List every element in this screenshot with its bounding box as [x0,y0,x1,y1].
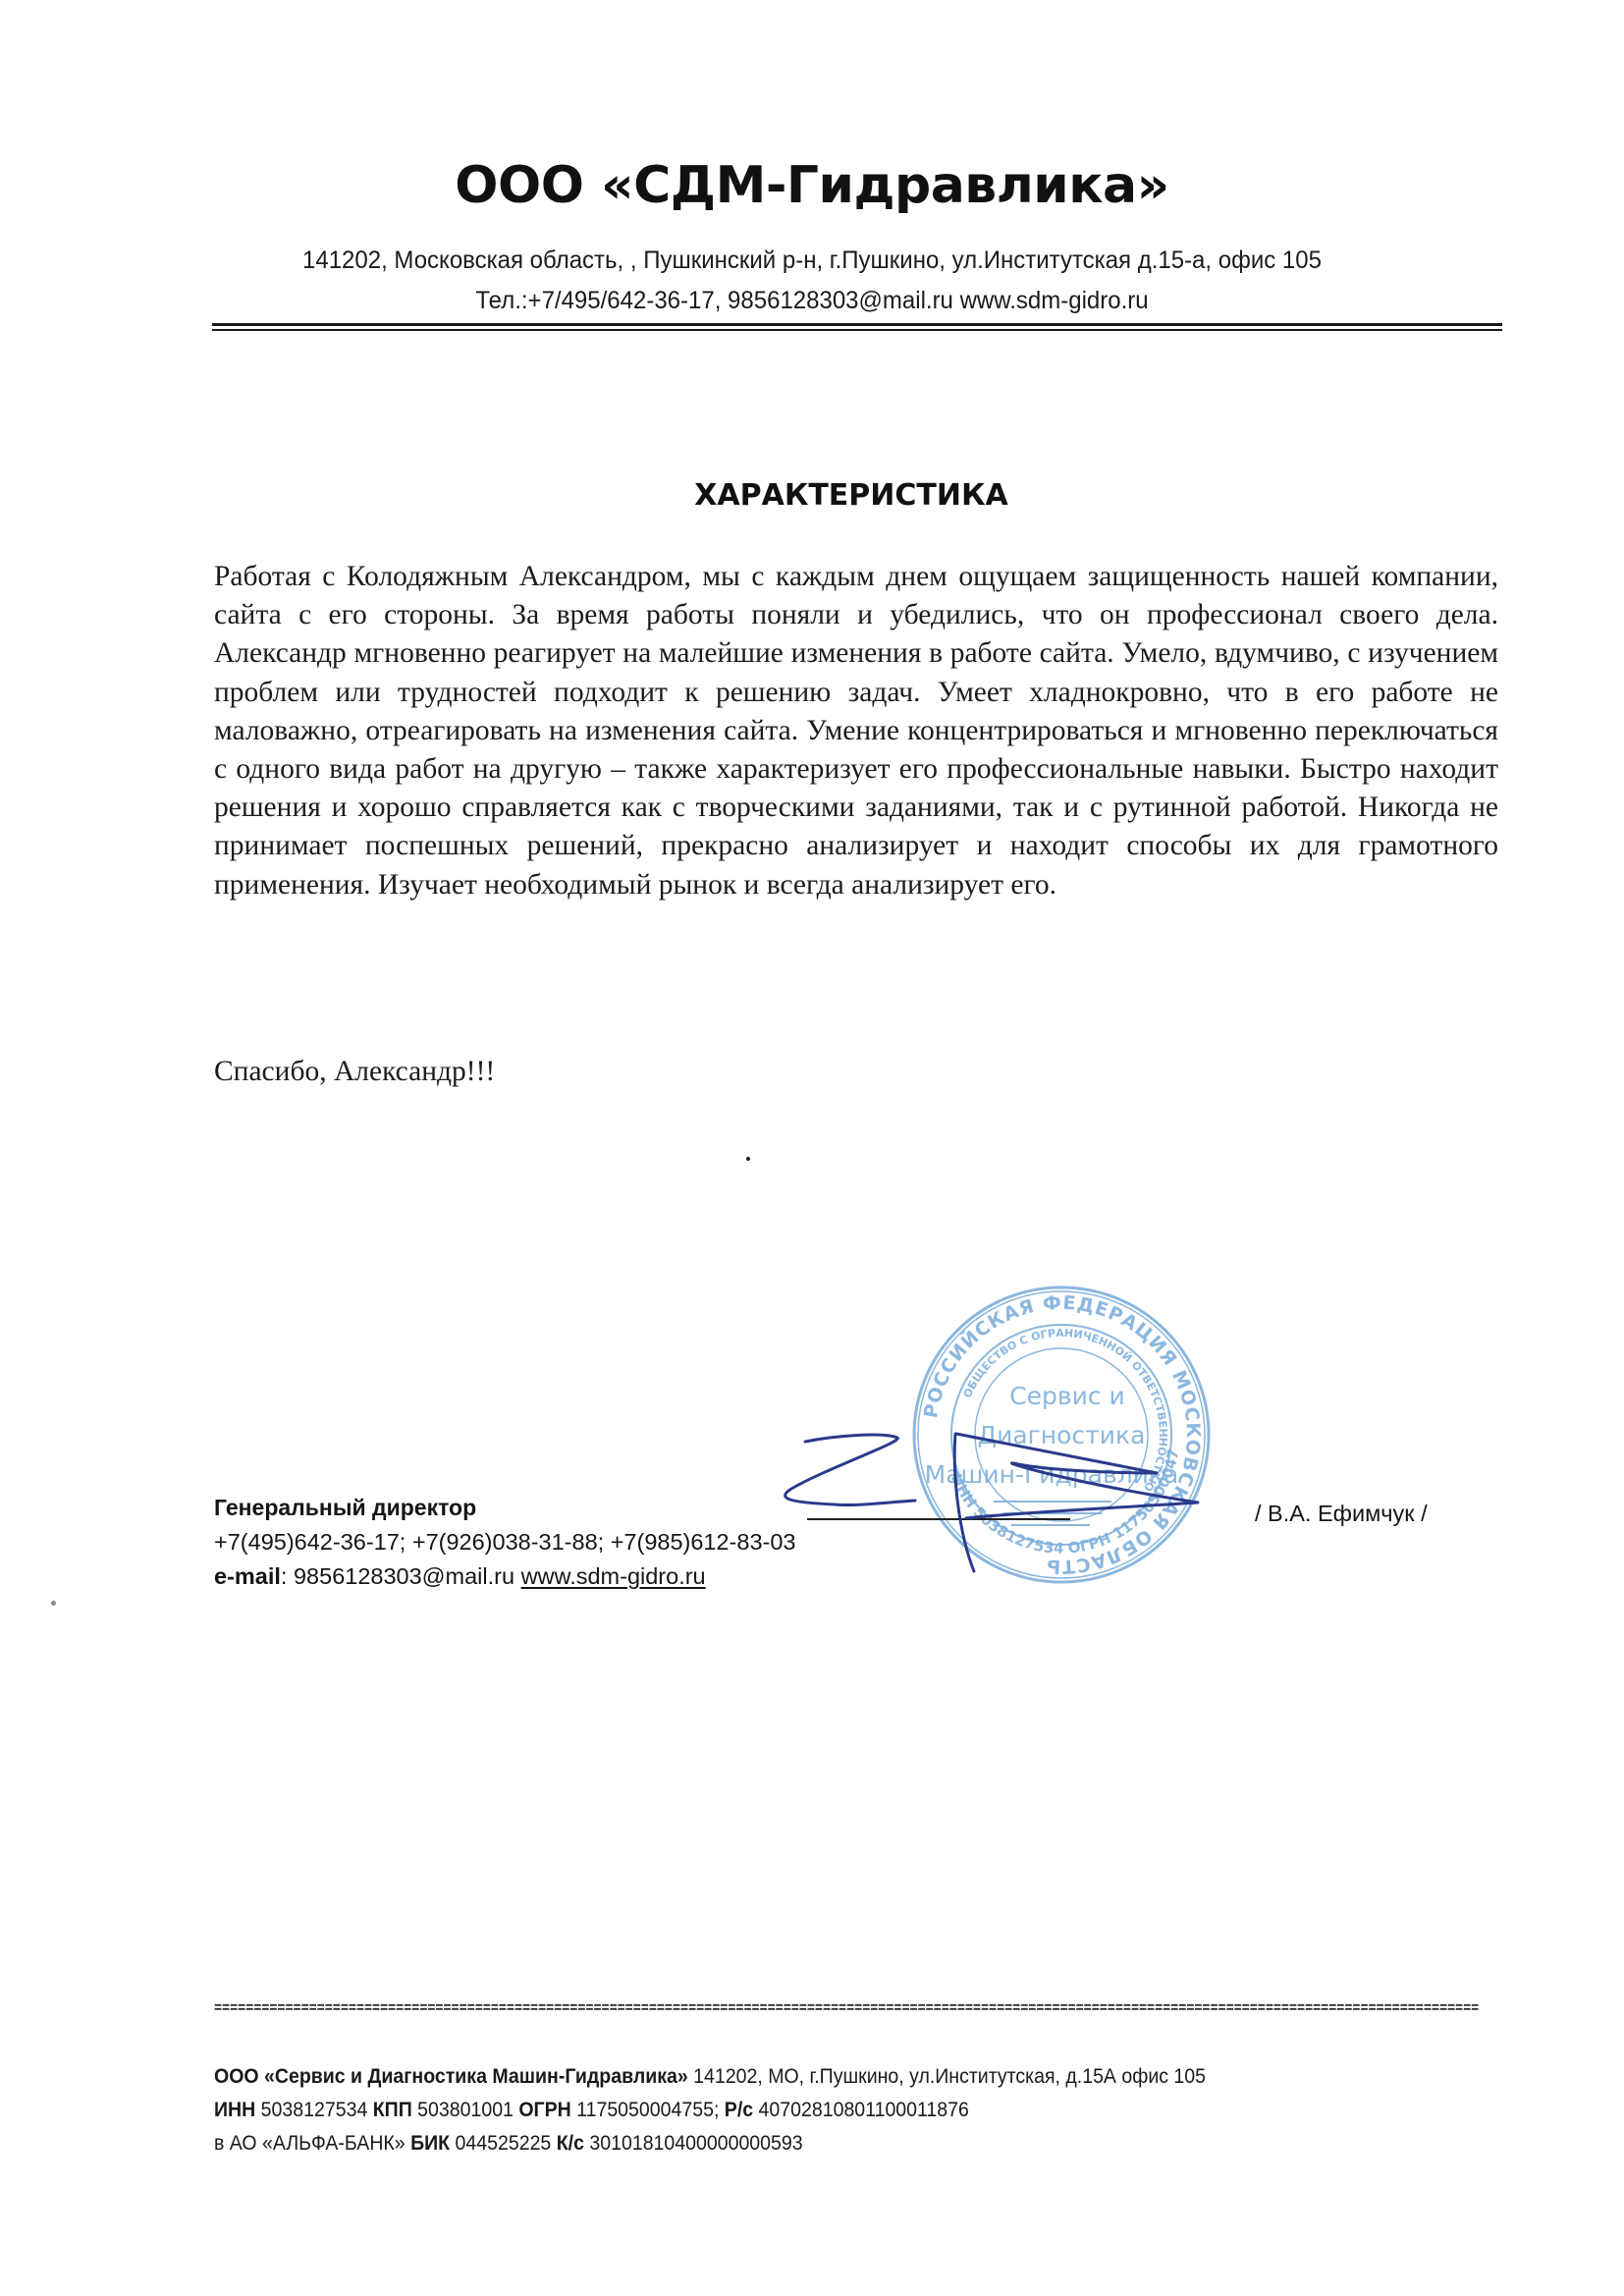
company-name: ООО «СДМ-Гидравлика» [0,160,1624,211]
company-contacts: Тел.:+7/495/642-36-17, 9856128303@mail.r… [32,289,1592,313]
ogrn-value: 1175050004755; [571,2099,725,2121]
scan-speck [51,1601,56,1606]
footer-bank-line: в АО «АЛЬФА-БАНК» БИК 044525225 К/с 3010… [214,2133,803,2154]
document-heading: ХАРАКТЕРИСТИКА [0,481,1624,511]
rs-value: 40702810801100011876 [753,2099,969,2121]
ks-label: К/с [557,2132,584,2155]
signatory-role: Генеральный директор [214,1497,476,1519]
bik-label: БИК [410,2132,450,2155]
contact-phones: +7(495)642-36-17; +7(926)038-31-88; +7(9… [214,1531,796,1555]
closing-thanks: Спасибо, Александр!!! [214,1058,495,1087]
inn-label: ИНН [214,2099,255,2121]
footer-equals-rule: ========================================… [214,2002,1479,2017]
kpp-label: КПП [373,2099,412,2121]
kpp-value: 503801001 [412,2099,519,2121]
ogrn-label: ОГРН [518,2099,570,2121]
letterhead-double-rule [212,323,1502,331]
footer-company-address: 141202, МО, г.Пушкино, ул.Институтская, … [688,2065,1206,2088]
reference-body-text: Работая с Колодяжным Александром, мы с к… [214,558,1498,904]
rs-label: Р/с [725,2099,753,2121]
footer-company-name: ООО «Сервис и Диагностика Машин-Гидравли… [214,2065,688,2088]
scan-speck [746,1157,750,1161]
email-label: e-mail [214,1563,281,1589]
website-link[interactable]: www.sdm-gidro.ru [521,1563,706,1589]
footer-company-line: ООО «Сервис и Диагностика Машин-Гидравли… [214,2066,1206,2087]
inn-value: 5038127534 [255,2099,372,2121]
email-address: : 9856128303@mail.ru [281,1563,521,1589]
signatory-name: / В.А. Ефимчук / [1255,1503,1428,1526]
ks-value: 30101810400000000593 [584,2132,803,2155]
footer-registration-line: ИНН 5038127534 КПП 503801001 ОГРН 117505… [214,2100,969,2120]
handwritten-signature [766,1404,1218,1581]
contact-email-row: e-mail: 9856128303@mail.ru www.sdm-gidro… [214,1565,706,1589]
bank-name: в АО «АЛЬФА-БАНК» [214,2132,410,2155]
company-address: 141202, Московская область, , Пушкинский… [32,248,1592,273]
bik-value: 044525225 [450,2132,557,2155]
